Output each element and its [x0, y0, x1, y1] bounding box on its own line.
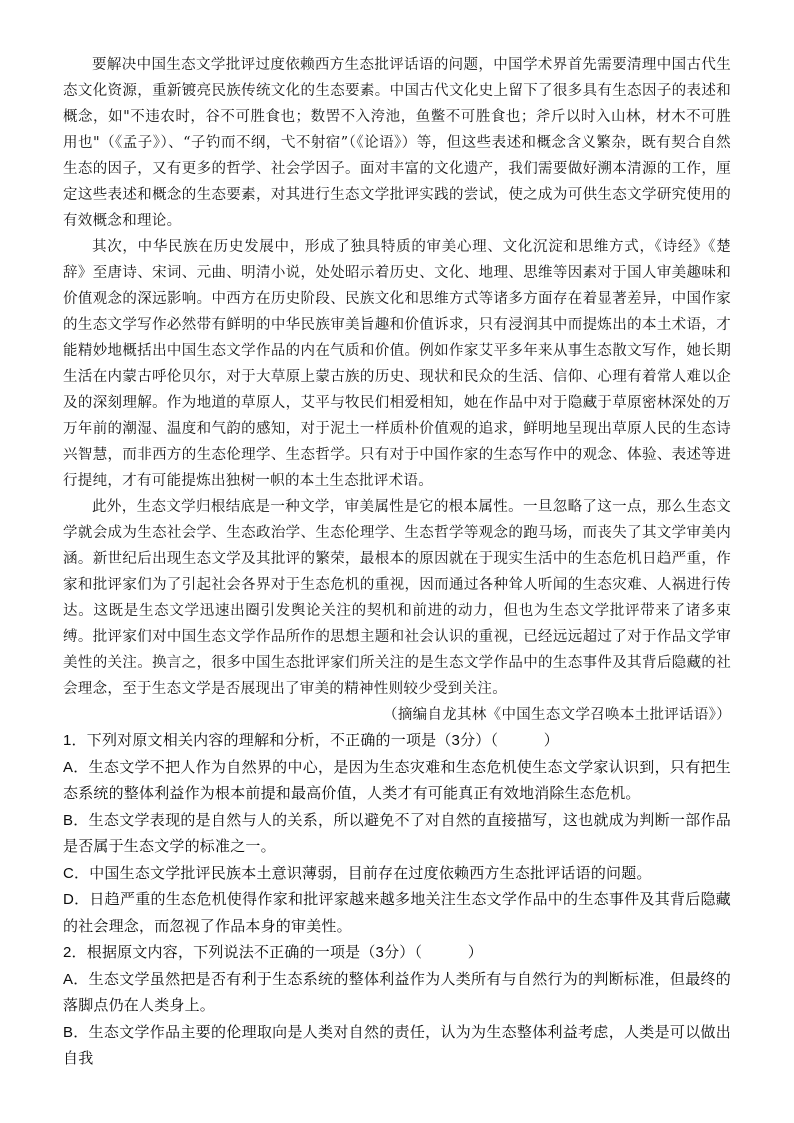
- exam-document-page: 要解决中国生态文学批评过度依赖西方生态批评话语的问题，中国学术界首先需要清理中国…: [0, 0, 794, 1123]
- passage-paragraph-3: 此外，生态文学归根结底是一种文学，审美属性是它的根本属性。一旦忽略了这一点，那么…: [63, 494, 731, 702]
- passage-paragraph-1: 要解决中国生态文学批评过度依赖西方生态批评话语的问题，中国学术界首先需要清理中国…: [63, 52, 731, 234]
- question-1-option-a: A．生态文学不把人作为自然界的中心，是因为生态灾难和生态危机使生态文学家认识到，…: [63, 755, 731, 808]
- question-2-option-a: A．生态文学虽然把是否有利于生态系统的整体利益作为人类所有与自然行为的判断标准，…: [63, 967, 731, 1020]
- question-1-option-d: D．日趋严重的生态危机使得作家和批评家越来越多地关注生态文学作品中的生态事件及其…: [63, 887, 731, 940]
- question-2-stem: 2．根据原文内容，下列说法不正确的一项是（3分）（ ）: [63, 940, 731, 967]
- question-1-stem: 1．下列对原文相关内容的理解和分析，不正确的一项是（3分）（ ）: [63, 728, 731, 755]
- question-1-option-b: B．生态文学表现的是自然与人的关系，所以避免不了对自然的直接描写，这也就成为判断…: [63, 808, 731, 861]
- passage-attribution: （摘编自龙其林《中国生态文学召唤本土批评话语》）: [63, 702, 731, 728]
- reading-passage: 要解决中国生态文学批评过度依赖西方生态批评话语的问题，中国学术界首先需要清理中国…: [63, 52, 731, 728]
- question-1-option-c: C．中国生态文学批评民族本土意识薄弱，目前存在过度依赖西方生态批评话语的问题。: [63, 861, 731, 888]
- question-2-option-b: B．生态文学作品主要的伦理取向是人类对自然的责任，认为为生态整体利益考虑，人类是…: [63, 1020, 731, 1073]
- question-section: 1．下列对原文相关内容的理解和分析，不正确的一项是（3分）（ ） A．生态文学不…: [63, 728, 731, 1073]
- passage-paragraph-2: 其次，中华民族在历史发展中，形成了独具特质的审美心理、文化沉淀和思维方式，《诗经…: [63, 234, 731, 494]
